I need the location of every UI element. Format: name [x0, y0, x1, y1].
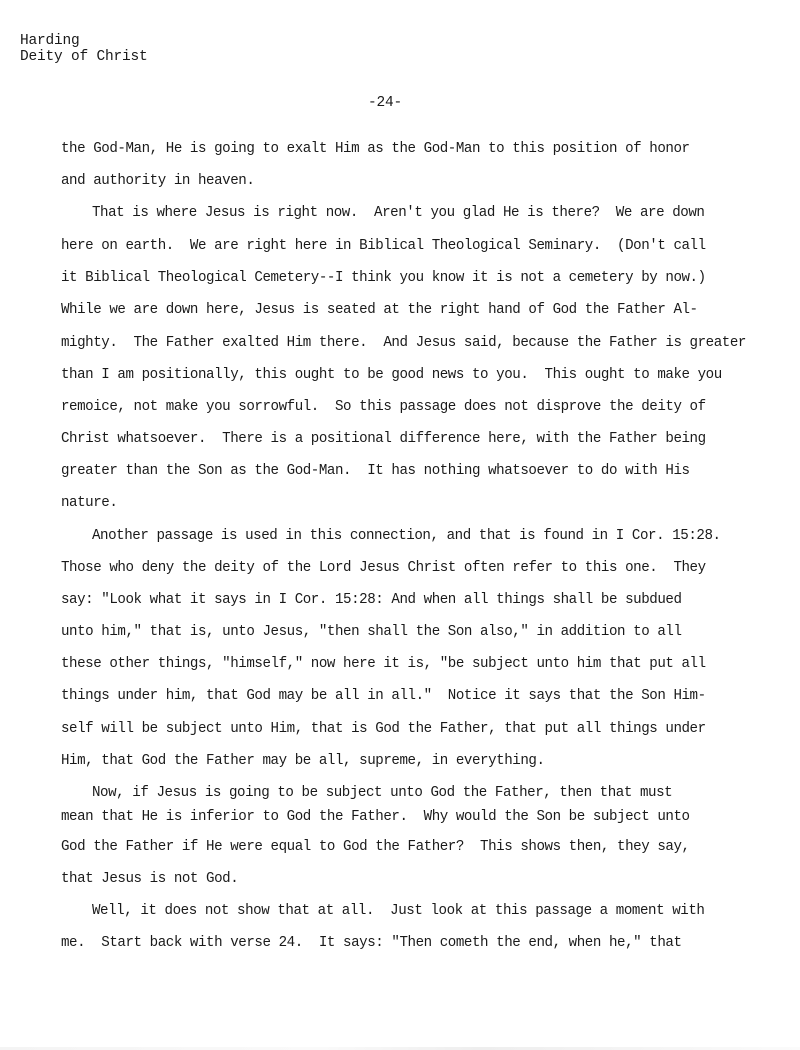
text-line: than I am positionally, this ought to be… [61, 367, 722, 383]
text-line: Now, if Jesus is going to be subject unt… [92, 785, 672, 801]
text-line: things under him, that God may be all in… [61, 688, 706, 704]
text-line: me. Start back with verse 24. It says: "… [61, 935, 682, 951]
text-line: it Biblical Theological Cemetery--I thin… [61, 270, 706, 286]
text-line: the God-Man, He is going to exalt Him as… [61, 141, 690, 157]
text-line: here on earth. We are right here in Bibl… [61, 238, 706, 254]
text-line: That is where Jesus is right now. Aren't… [92, 205, 704, 221]
text-line: self will be subject unto Him, that is G… [61, 721, 706, 737]
text-line: Him, that God the Father may be all, sup… [61, 753, 545, 769]
text-line: God the Father if He were equal to God t… [61, 839, 690, 855]
author-name: Harding [20, 33, 148, 49]
text-line: unto him," that is, unto Jesus, "then sh… [61, 624, 682, 640]
text-line: mighty. The Father exalted Him there. An… [61, 335, 746, 351]
text-line: Well, it does not show that at all. Just… [92, 903, 704, 919]
document-title: Deity of Christ [20, 49, 148, 65]
document-header: Harding Deity of Christ [20, 33, 148, 65]
text-line: greater than the Son as the God-Man. It … [61, 463, 690, 479]
text-line: and authority in heaven. [61, 173, 254, 189]
text-line: While we are down here, Jesus is seated … [61, 302, 698, 318]
text-line: say: "Look what it says in I Cor. 15:28:… [61, 592, 682, 608]
text-line: Those who deny the deity of the Lord Jes… [61, 560, 706, 576]
text-line: Another passage is used in this connecti… [92, 528, 721, 544]
text-line: remoice, not make you sorrowful. So this… [61, 399, 706, 415]
text-line: nature. [61, 495, 117, 511]
text-line: these other things, "himself," now here … [61, 656, 706, 672]
scan-artifact [210, 120, 216, 132]
text-line: mean that He is inferior to God the Fath… [61, 809, 690, 825]
text-line: Christ whatsoever. There is a positional… [61, 431, 706, 447]
text-line: that Jesus is not God. [61, 871, 238, 887]
page-number: -24- [368, 95, 402, 111]
